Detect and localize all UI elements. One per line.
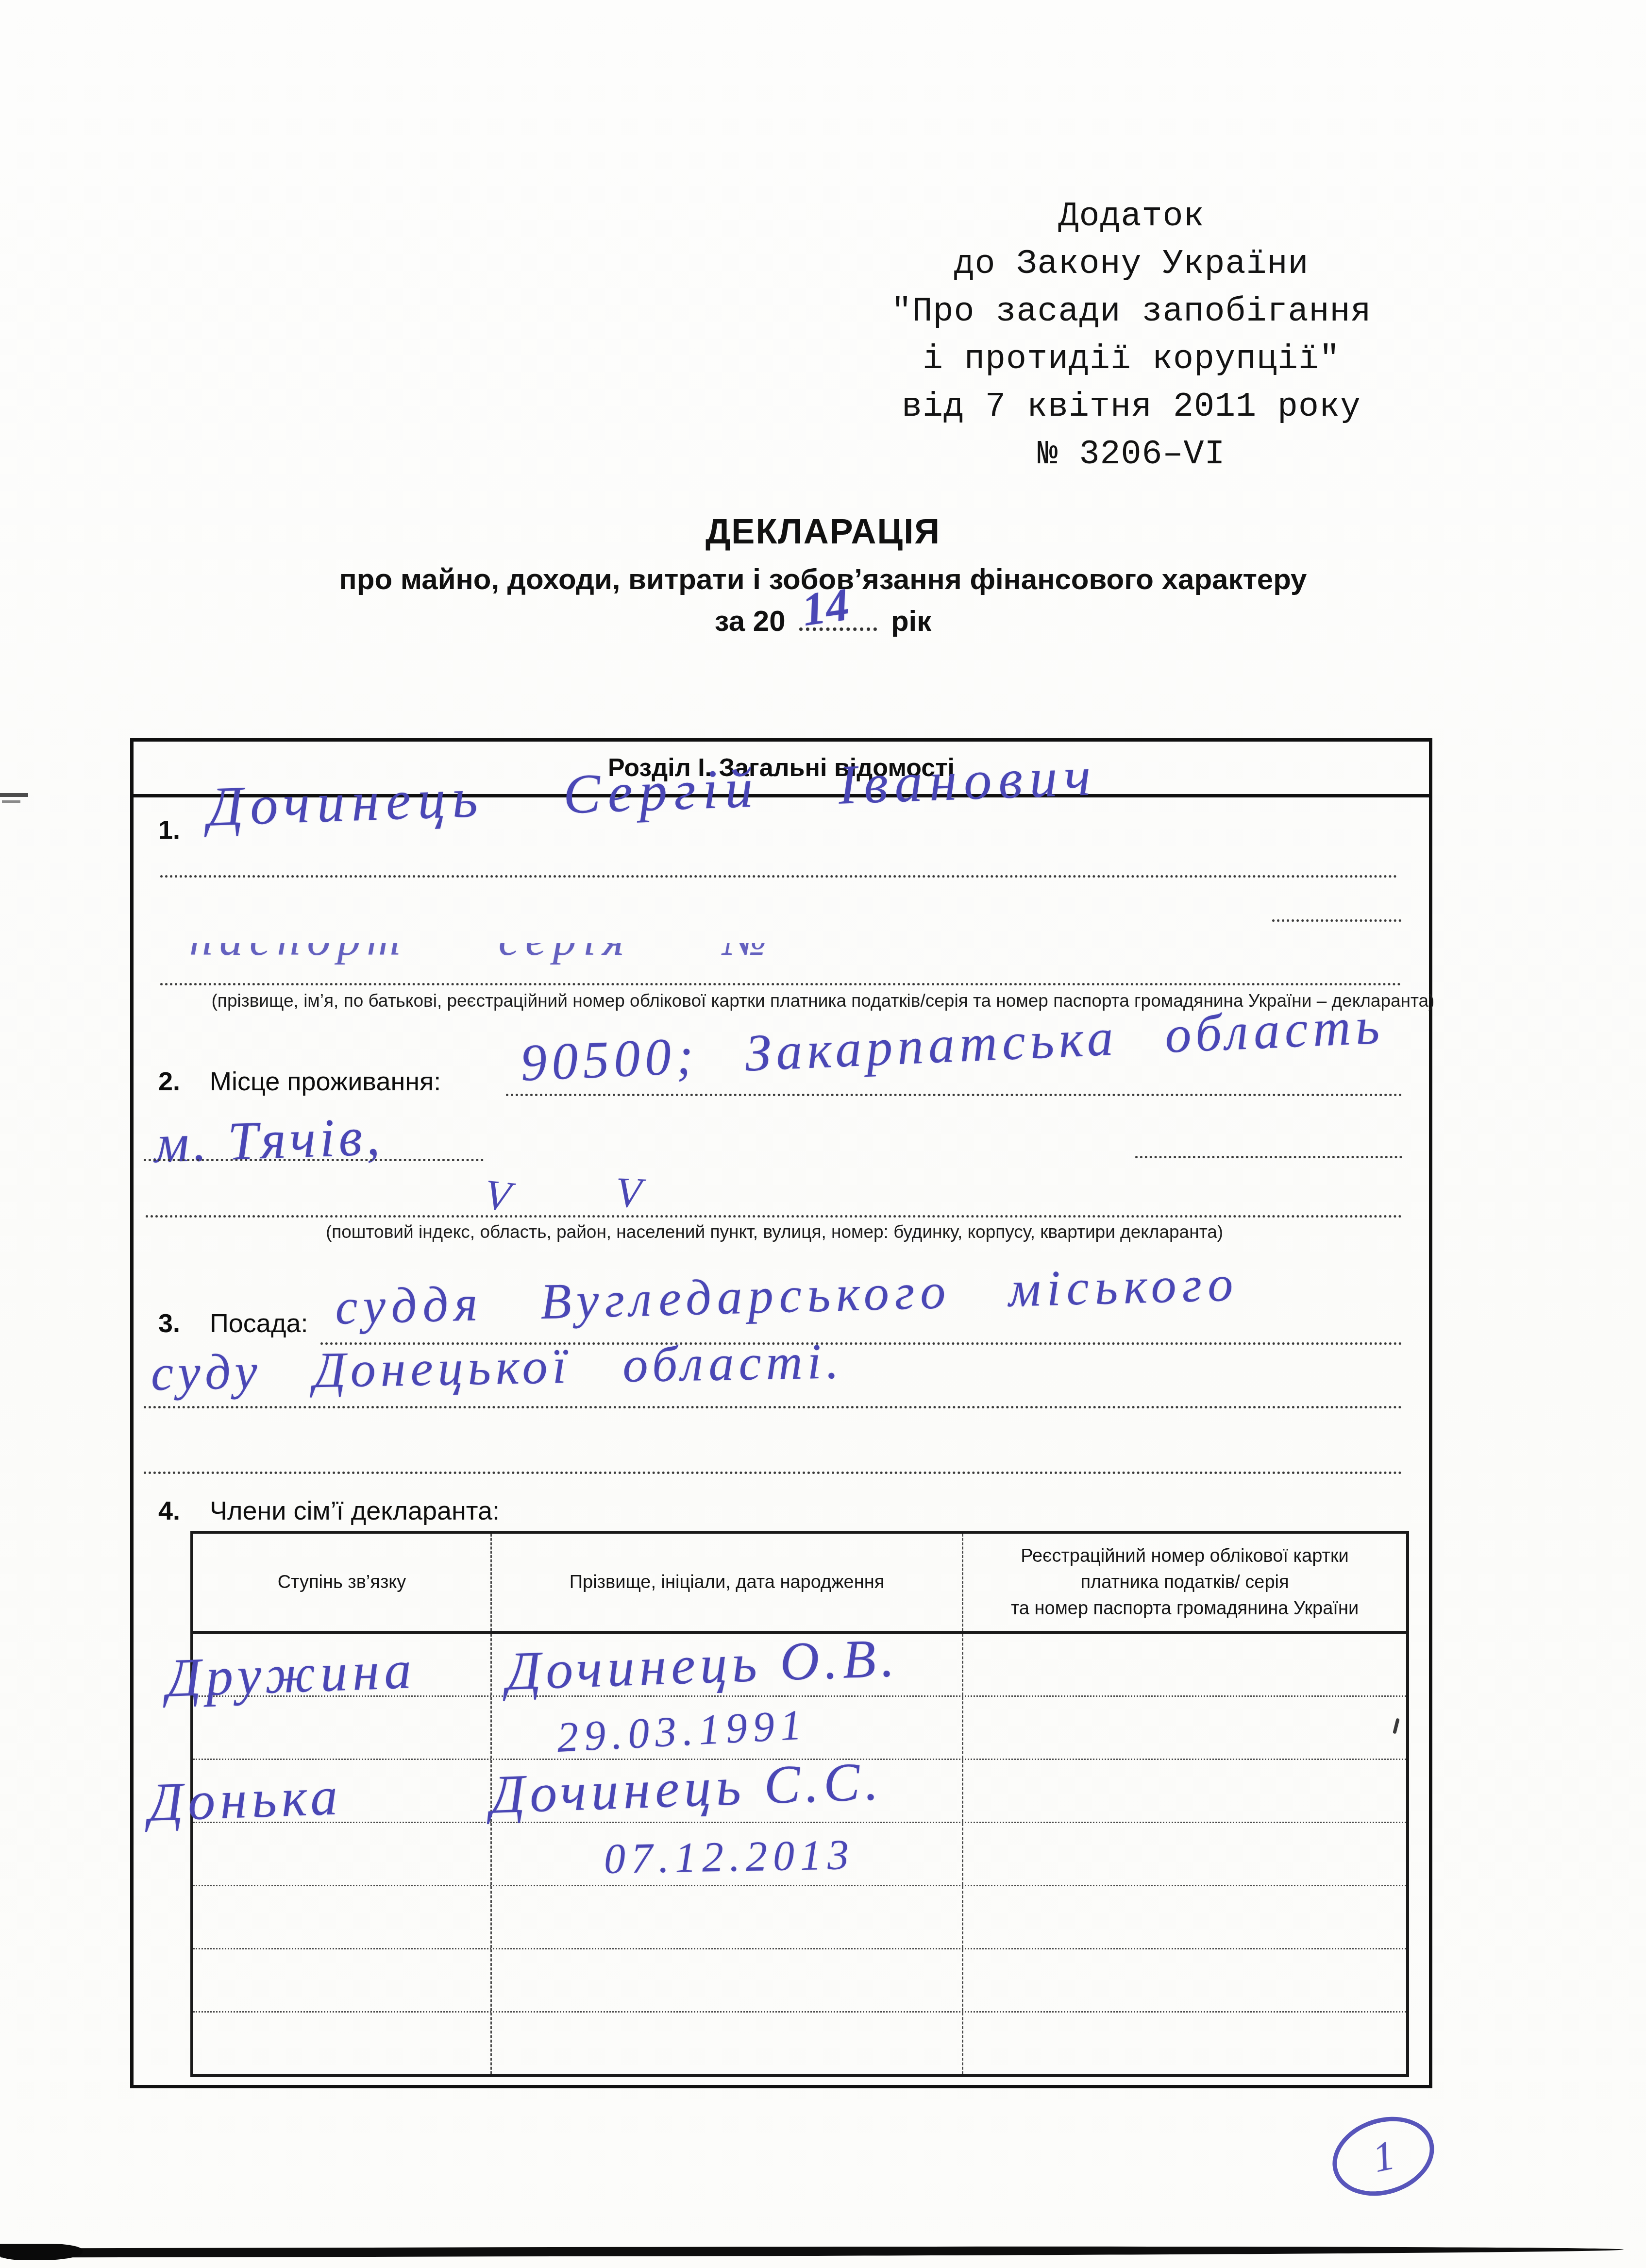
cell-regnum <box>963 1634 1406 1695</box>
year-suffix: рік <box>891 605 931 637</box>
position-line3-underline <box>144 1472 1402 1474</box>
cell-regnum <box>963 1823 1406 1885</box>
cell-relation <box>193 2013 492 2074</box>
clipped-handwriting-box: паспорт серія № <box>185 943 1039 985</box>
scan-artifact-left-dash <box>2 800 20 803</box>
item-2-caption: (поштовий індекс, область, район, населе… <box>146 1222 1403 1242</box>
item-4-number: 4. <box>158 1496 180 1526</box>
residence-label: Місце проживання: <box>210 1066 441 1097</box>
year-dotted-blank: 14 <box>799 623 877 631</box>
handwritten-birthdate-2: 07.12.2013 <box>604 1830 855 1884</box>
family-table-row <box>193 2013 1406 2074</box>
handwritten-page-number: 1 <box>1368 2131 1399 2183</box>
cell-relation <box>193 1823 492 1885</box>
scan-artifact-bottom-bar <box>0 2245 1624 2257</box>
year-prefix: за 20 <box>715 605 786 637</box>
header-name-birthdate: Прізвище, ініціали, дата народження <box>492 1534 963 1631</box>
registration-number-short-line <box>1272 919 1401 922</box>
cell-regnum <box>963 1697 1406 1759</box>
cell-regnum <box>963 2013 1406 2074</box>
scanned-declaration-page: Додаток до Закону України "Про засади за… <box>0 0 1646 2268</box>
residence-line2-underline <box>144 1159 484 1161</box>
handwritten-checkmark-2: V <box>615 1168 642 1218</box>
handwritten-city: м. Тячів, <box>153 1105 385 1176</box>
document-title: ДЕКЛАРАЦІЯ <box>0 512 1646 552</box>
family-table-row <box>193 1886 1406 1949</box>
year-line: за 20 14 рік <box>0 604 1646 638</box>
cell-relation <box>193 1949 492 2011</box>
legal-reference-line: Додаток <box>787 193 1476 241</box>
family-table-header-row: Ступінь зв’язку Прізвище, ініціали, дата… <box>193 1534 1406 1634</box>
cell-regnum <box>963 1886 1406 1948</box>
family-members-label: Члени сім’ї декларанта: <box>210 1496 500 1526</box>
legal-reference-line: і протидії корупції" <box>787 336 1476 384</box>
legal-reference-line: № 3206–VI <box>787 431 1476 479</box>
residence-line1-underline <box>506 1094 1402 1096</box>
handwritten-year: 14 <box>799 577 853 637</box>
legal-reference-line: до Закону України <box>787 241 1476 288</box>
page-number-circle: 1 <box>1322 2104 1444 2208</box>
item-1-number: 1. <box>158 815 180 845</box>
handwritten-checkmark-1: V <box>482 1170 513 1221</box>
cell-name <box>492 2013 963 2074</box>
position-label: Посада: <box>210 1308 308 1338</box>
fullname-underline <box>160 875 1397 878</box>
cell-regnum <box>963 1760 1406 1822</box>
residence-full-underline <box>146 1215 1402 1218</box>
cell-relation <box>193 1886 492 1948</box>
handwritten-passport-fragment: паспорт серія № <box>189 943 773 966</box>
position-line2-underline <box>144 1406 1402 1408</box>
item-2-number: 2. <box>158 1066 180 1097</box>
legal-reference-line: "Про засади запобігання <box>787 288 1476 336</box>
item-3-number: 3. <box>158 1308 180 1338</box>
scan-artifact-left-dash <box>0 793 28 797</box>
header-relation: Ступінь зв’язку <box>193 1534 492 1631</box>
handwritten-position-line2: суду Донецької області. <box>151 1332 844 1402</box>
legal-reference-line: від 7 квітня 2011 року <box>787 384 1476 431</box>
cell-regnum <box>963 1949 1406 2011</box>
handwritten-relation-2: Донька <box>147 1765 343 1834</box>
family-table-row <box>193 1949 1406 2013</box>
residence-right-short-line <box>1135 1156 1402 1158</box>
cell-name <box>492 1949 963 2011</box>
legal-reference-block: Додаток до Закону України "Про засади за… <box>787 193 1476 479</box>
registration-number-underline <box>160 983 1401 985</box>
cell-name <box>492 1886 963 1948</box>
header-registration-number: Реєстраційний номер облікової картки пла… <box>963 1534 1406 1631</box>
scan-artifact-bottom-blob <box>0 2244 83 2260</box>
handwritten-relation-1: Дружина <box>165 1639 417 1710</box>
